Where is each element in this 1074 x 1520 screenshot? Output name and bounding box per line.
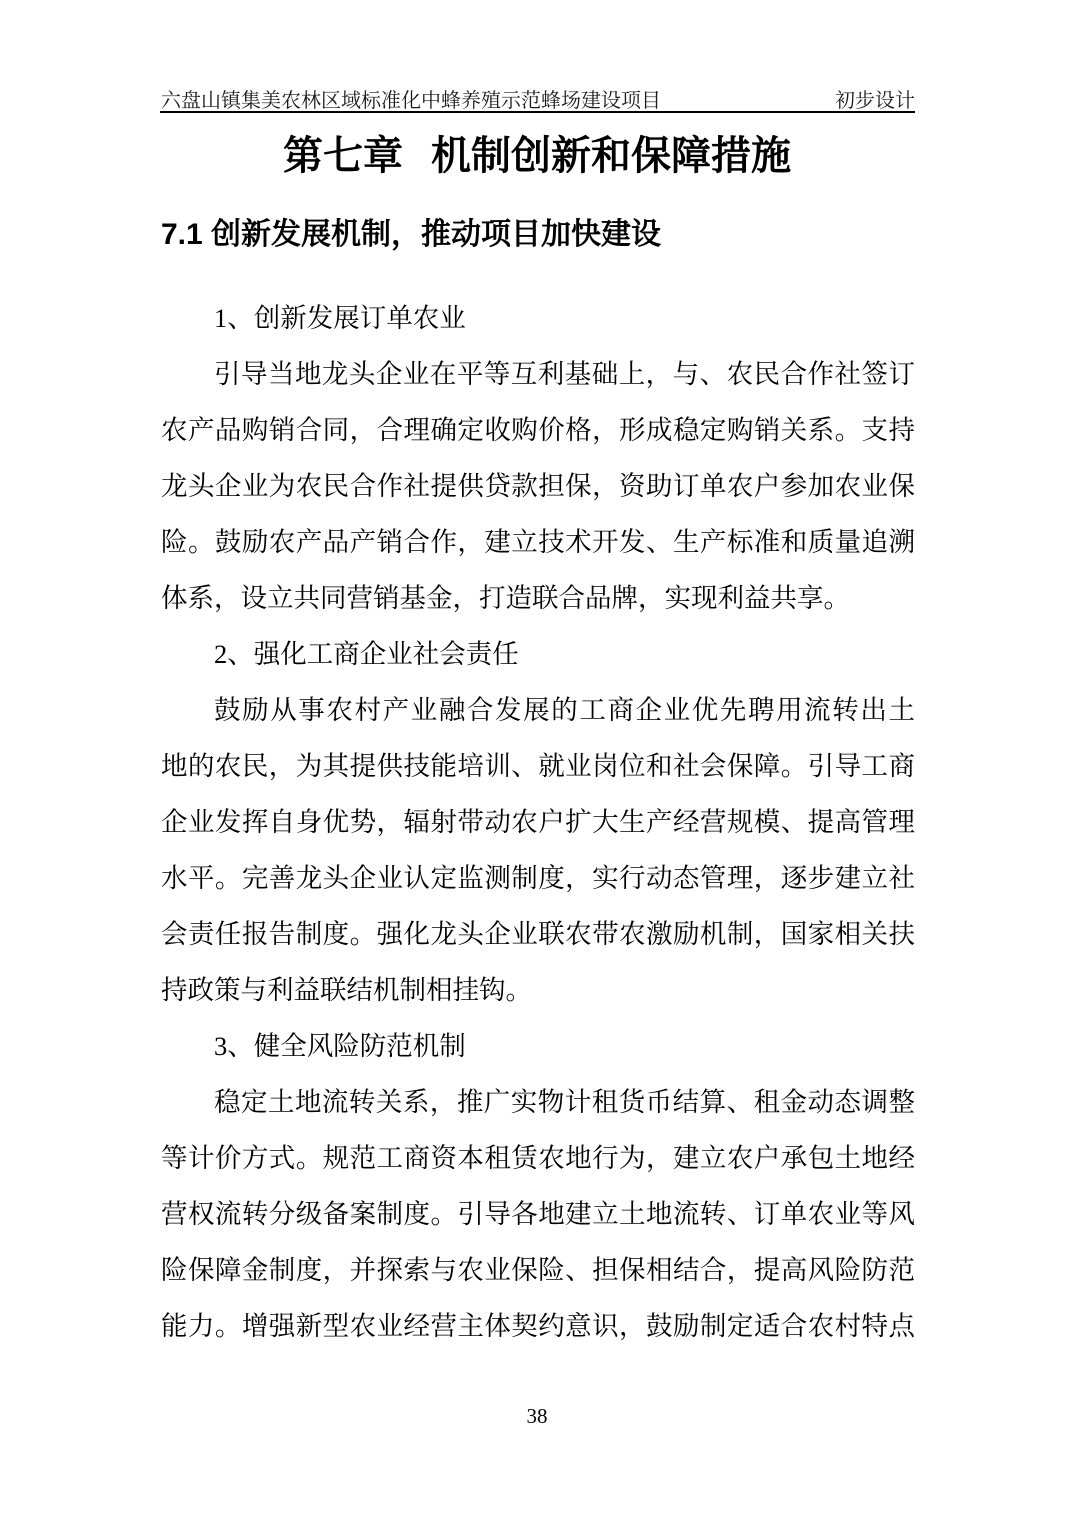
document-page: 六盘山镇集美农林区域标准化中蜂养殖示范蜂场建设项目 初步设计 第七章机制创新和保… bbox=[0, 0, 1074, 1520]
body-line: 农产品购销合同，合理确定收购价格，形成稳定购销关系。支持 bbox=[161, 402, 915, 458]
chapter-number: 第七章 bbox=[283, 134, 403, 178]
page-footer: 38 bbox=[0, 1404, 1074, 1429]
body-line: 等计价方式。规范工商资本租赁农地行为，建立农户承包土地经 bbox=[161, 1130, 915, 1186]
body-line: 会责任报告制度。强化龙头企业联农带农激励机制，国家相关扶 bbox=[161, 906, 915, 962]
body-line: 营权流转分级备案制度。引导各地建立土地流转、订单农业等风 bbox=[161, 1186, 915, 1242]
body-line: 3、健全风险防范机制 bbox=[161, 1018, 915, 1074]
body-line: 鼓励从事农村产业融合发展的工商企业优先聘用流转出土 bbox=[161, 682, 915, 738]
body-line: 体系，设立共同营销基金，打造联合品牌，实现利益共享。 bbox=[161, 570, 915, 626]
chapter-name: 机制创新和保障措施 bbox=[431, 134, 791, 178]
chapter-title: 第七章机制创新和保障措施 bbox=[0, 131, 1074, 181]
header-right-text: 初步设计 bbox=[835, 84, 915, 113]
body-line: 1、创新发展订单农业 bbox=[161, 290, 915, 346]
body-line: 地的农民，为其提供技能培训、就业岗位和社会保障。引导工商 bbox=[161, 738, 915, 794]
body-line: 龙头企业为农民合作社提供贷款担保，资助订单农户参加农业保 bbox=[161, 458, 915, 514]
body-line: 水平。完善龙头企业认定监测制度，实行动态管理，逐步建立社 bbox=[161, 850, 915, 906]
body-line: 险保障金制度，并探索与农业保险、担保相结合，提高风险防范 bbox=[161, 1242, 915, 1298]
body-line: 企业发挥自身优势，辐射带动农户扩大生产经营规模、提高管理 bbox=[161, 794, 915, 850]
header-rule bbox=[160, 111, 915, 113]
body-line: 引导当地龙头企业在平等互利基础上，与、农民合作社签订 bbox=[161, 346, 915, 402]
page-number: 38 bbox=[527, 1404, 548, 1428]
body-line: 稳定土地流转关系，推广实物计租货币结算、租金动态调整 bbox=[161, 1074, 915, 1130]
body-line: 能力。增强新型农业经营主体契约意识，鼓励制定适合农村特点 bbox=[161, 1298, 915, 1354]
body-line: 2、强化工商企业社会责任 bbox=[161, 626, 915, 682]
section-heading: 7.1 创新发展机制，推动项目加快建设 bbox=[161, 216, 915, 254]
body-line: 持政策与利益联结机制相挂钩。 bbox=[161, 962, 915, 1018]
body-line: 险。鼓励农产品产销合作，建立技术开发、生产标准和质量追溯 bbox=[161, 514, 915, 570]
page-header: 六盘山镇集美农林区域标准化中蜂养殖示范蜂场建设项目 初步设计 bbox=[161, 84, 915, 113]
header-left-text: 六盘山镇集美农林区域标准化中蜂养殖示范蜂场建设项目 bbox=[161, 84, 661, 113]
document-body: 1、创新发展订单农业引导当地龙头企业在平等互利基础上，与、农民合作社签订农产品购… bbox=[161, 290, 915, 1354]
